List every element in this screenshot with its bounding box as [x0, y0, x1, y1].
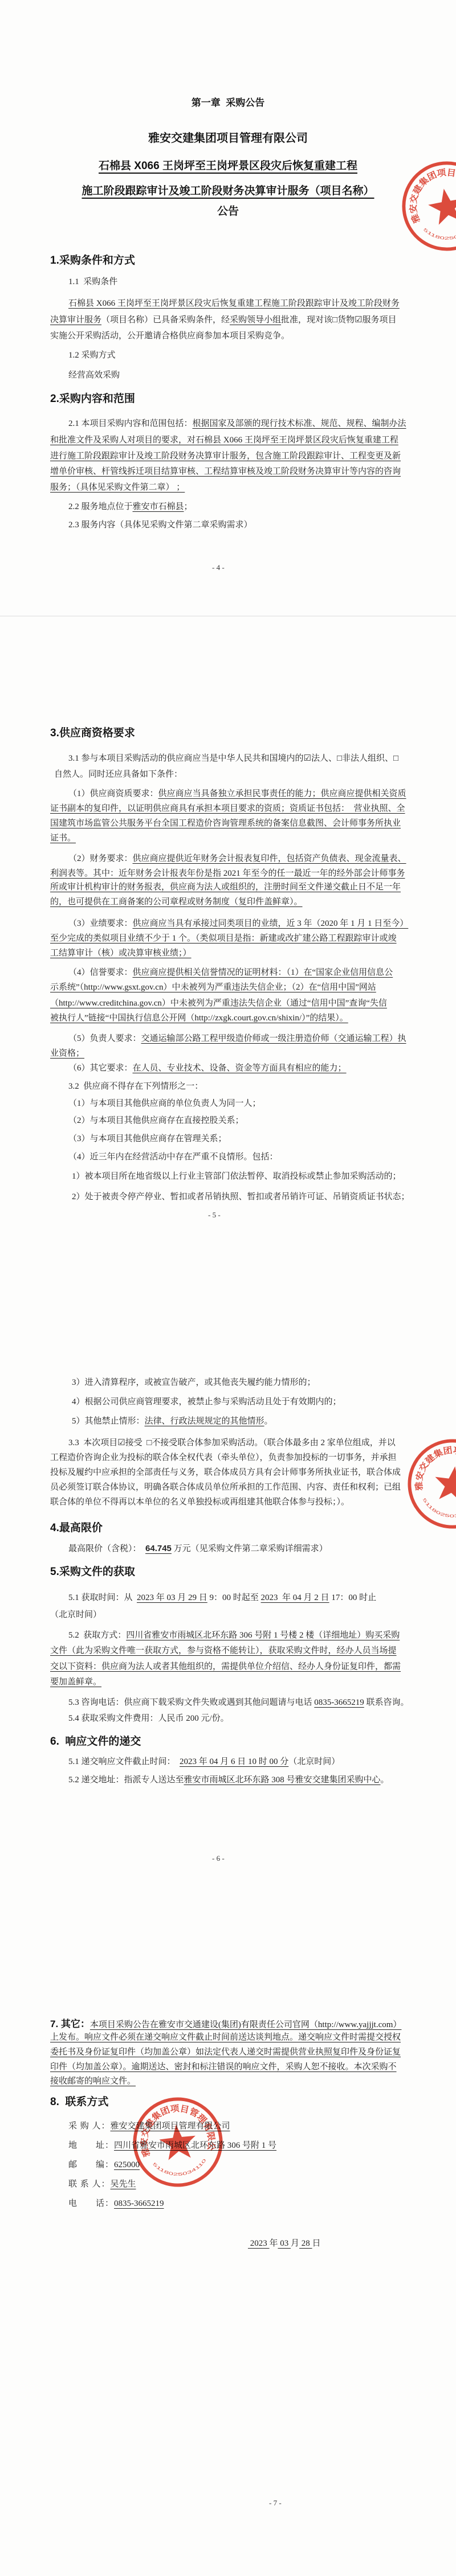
contact-value: 吴先生 [111, 2180, 136, 2189]
body-line: 5.2 获取方式：四川省雅安市雨城区北环东路 306 号附 1 号楼 2 楼（详… [68, 1629, 456, 1640]
body-line: 5.1 获取时间：从 2023 年 03 月 29 日 9：00 时起至 202… [68, 1591, 456, 1603]
body-line: 决算审计服务（项目名称）已具备采购条件，经采购领导小组批准，现对该□货物☑服务项… [50, 313, 438, 325]
underlined-text: 本项目采购公告在雅安市交通建设(集团)有限责任公司官网（http://www.y… [90, 2020, 402, 2029]
plain-text-with-checkboxes: 批准，现对该□货物☑服务项目 [281, 315, 397, 325]
contact-row: 联 系 人：吴先生 [68, 2177, 456, 2189]
body-line: 3.3 本次项目☑接受 □不接受联合体参加采购活动。（联合体最多由 2 家单位组… [68, 1436, 456, 1448]
body-line: 3.1 参与本项目采购活动的供应商应当是中华人民共和国境内的☑法人、□非法人组织… [68, 752, 456, 764]
contact-row: 电 话：0835-3665219 [68, 2197, 456, 2209]
date-day: 28 [299, 2239, 312, 2248]
contact-row: 邮 编：625000 [68, 2158, 456, 2170]
plain-text: 年 [270, 2239, 278, 2248]
body-line: （4）近三年内在经营活动中存在严重不良情形。包括： [68, 1150, 456, 1162]
body-line: 进行施工阶段跟踪审计及竣工阶段财务决算审计服务，包含施工阶段跟踪审计、工程变更及… [50, 449, 438, 461]
plain-text: （北京时间） [288, 1757, 340, 1766]
contact-label: 电 话： [68, 2199, 114, 2208]
contact-label: 邮 编： [68, 2160, 114, 2169]
company-seal-stamp: 雅安交建集团项目管理有限公司 5118025034110 [392, 151, 456, 262]
body-line: 被执行人”链接“中国执行信息公开网（http://zxgk.court.gov.… [50, 1011, 438, 1023]
underlined-text: 决算审计服务 [50, 315, 101, 325]
company-name: 雅安交建集团项目管理有限公司 [0, 129, 456, 145]
seal-serial-number: 5118025034110 [422, 218, 456, 245]
body-line: （4）信誉要求：供应商应提供相关信誉情况的证明材料：（1）在“国家企业信用信息公 [68, 966, 456, 978]
page-number: - 4 - [212, 563, 225, 572]
plain-text: 2.2 服务地点位于 [68, 502, 133, 511]
page-number: - 6 - [212, 1854, 225, 1863]
body-line: 5.2 递交地址：指派专人送达至雅安市雨城区北环东路 308 号雅安交建集团采购… [68, 1773, 456, 1785]
plain-text: 17：00 时止 [329, 1593, 377, 1602]
body-line: （5）负责人要求：交通运输部公路工程甲级造价师或一级注册造价师（交通运输工程）执 [68, 1032, 456, 1044]
underlined-text: 交通运输部公路工程甲级造价师或一级注册造价师（交通运输工程）执 [141, 1034, 406, 1043]
plain-text: 9：00 时起至 [207, 1593, 261, 1602]
seal-star-icon [426, 186, 456, 226]
plain-text: 。 [381, 1775, 389, 1785]
body-line: 业资格； [50, 1047, 438, 1059]
chapter-title: 第一章 采购公告 [0, 95, 456, 109]
plain-text: 5.3 咨询电话：供应商下载采购文件失败或遇到其他问题请与电话 [68, 1698, 314, 1707]
page-separator [0, 616, 456, 617]
underlined-text: 四川省雅安市雨城区北环东路 306 号附 1 号楼 2 楼（详细地址）购买采购 [126, 1631, 400, 1640]
body-line: 4）根据公司供应商管理要求，被禁止参与采购活动且处于有效期内的； [72, 1395, 456, 1407]
plain-text: （项目名称）已具备采购条件，经 [101, 315, 230, 325]
plain-text: 5.1 获取时间：从 [68, 1593, 137, 1602]
contact-label: 采 购 人： [68, 2122, 111, 2131]
body-line: 印件（均加盖公章）。逾期送达、密封和标注错误的响应文件，采购人恕不接收。本次采购… [50, 2060, 438, 2072]
body-line: 至少完成的类似项目业绩不少于 1 个。（类似项目是指：新建或改扩建公路工程跟踪审… [50, 932, 438, 944]
body-line: 文件（此为采购文件唯一获取方式，参与资格不能转让），获取采购文件时，经办人员当场… [50, 1644, 438, 1656]
contact-row: 地 址：四川省雅安市雨城区北环东路 306 号附 1 号 [68, 2139, 456, 2151]
seal-star-icon [158, 2123, 198, 2161]
underlined-date: 2023 年 04 月 6 日 10 时 00 分 [180, 1757, 288, 1766]
plain-text: 2.1 本项目采购内容和范围包括： [68, 419, 193, 428]
body-line: 联合体的单位不得再以本单位的名义单独投标或再组建其他联合体参与投标；）。 [50, 1495, 438, 1507]
plain-text: 最高限价（含税）： [68, 1544, 145, 1553]
body-line: 工程造价咨询企业为投标的联合体全权代表（牵头单位），负责参加投标的一切事务，并承… [50, 1451, 438, 1463]
underlined-text: 供应商应当具有承接过同类项目的业绩，近 3 年（2020 年 1 月 1 日至今… [133, 919, 409, 928]
contact-row: 采 购 人：雅安交建集团项目管理有限公司 [68, 2119, 456, 2131]
body-line: 利润表等。其中：近年财务会计报表年份是指 2021 年至今的任一最近一年的经外部… [50, 867, 438, 879]
body-line: 增单价审核、杆管线拆迁项目结算审核、工程结算审核及竣工阶段财务决算审计等内容的咨… [50, 465, 438, 477]
body-line: 所或审计机构审计的财务报表，供应商为法人或组织的，注册时间至文件递交截止日不足一… [50, 880, 438, 892]
underlined-date: 2023 年 04 月 2 日 [261, 1593, 329, 1602]
body-line: 实施公开采购活动，公开邀请合格供应商参加本项目采购竞争。 [50, 329, 438, 341]
body-line: 的，也可提供在工商备案的公司章程或财务制度（复印件盖鲜章）。 [50, 895, 438, 907]
page-number: - 5 - [208, 1211, 221, 1220]
body-line: 自然人。同时还应具备如下条件： [54, 768, 442, 780]
body-line: 7. 其它：本项目采购公告在雅安市交通建设(集团)有限责任公司官网（http:/… [50, 2016, 438, 2030]
section7-heading: 7. 其它： [50, 2019, 90, 2029]
svg-text:5118025034110: 5118025034110 [152, 2156, 209, 2180]
section8-heading: 8. 联系方式 [50, 2093, 438, 2109]
underlined-address: 雅安市雨城区北环东路 308 号雅安交建集团采购中心 [184, 1775, 381, 1785]
plain-text: （2）财务要求： [68, 854, 133, 863]
plain-text: 5.2 递交地址：指派专人送达至 [68, 1775, 184, 1785]
body-line: （2）财务要求：供应商应提供近年财务会计报表复印件，包括资产负债表、现金流量表、 [68, 852, 456, 864]
contact-label: 联 系 人： [68, 2180, 111, 2189]
phone-number: 0835-3665219 [314, 1698, 364, 1707]
announcement-label: 公告 [0, 203, 456, 218]
date-year: 2023 [248, 2239, 270, 2248]
body-line: 最高限价（含税）： 64.745 万元（见采购文件第二章采购详细需求） [68, 1542, 456, 1554]
contact-value: 0835-3665219 [114, 2199, 164, 2208]
body-line: 2）处于被责令停产停业、暂扣或者吊销执照、暂扣或者吊销许可证、吊销资质证书状态； [72, 1190, 456, 1202]
contact-label: 地 址： [68, 2141, 114, 2150]
page-number: - 7 - [269, 2499, 282, 2508]
plain-text: ； [184, 502, 193, 511]
section3-heading: 3.供应商资格要求 [50, 724, 438, 740]
body-line: 接收邮寄的响应文件。 [50, 2074, 438, 2086]
body-line: 国建筑市场监管公共服务平台全国工程造价咨询管理系统的备案信息截图、会计师事务所执… [50, 817, 438, 828]
body-line: （1）与本项目其他供应商的单位负责人为同一人； [68, 1097, 456, 1109]
body-line: 服务；（具体见采购文件第二章） ； [50, 481, 438, 493]
plain-text: 5.2 获取方式： [68, 1631, 126, 1640]
body-line: 5）其他禁止情形：法律、行政法规规定的其他情形。 [72, 1414, 456, 1426]
plain-text: 联系咨询。 [364, 1698, 409, 1707]
body-line: 示系统”（http://www.gsxt.gov.cn）中未被列为严重违法失信企… [50, 981, 438, 992]
price-value: 64.745 [145, 1544, 172, 1553]
plain-text: （3）业绩要求： [68, 919, 133, 928]
date-month: 03 [278, 2239, 291, 2248]
body-line: 经营高效采购 [68, 368, 456, 380]
body-line: 投标及履约中应承担的全部责任与义务，联合体成员方具有会计师事务所执业证书，联合体… [50, 1466, 438, 1478]
underlined-text: 法律、行政法规规定的其他情形 [145, 1417, 264, 1426]
body-line: （1）供应商资质要求：供应商应当具备独立承担民事责任的能力；供应商应提供相关资质 [68, 787, 456, 799]
body-line: 要加盖鲜章。 [50, 1675, 438, 1687]
project-title-line2: 施工阶段跟踪审计及竣工阶段财务决算审计服务（项目名称） [0, 182, 456, 198]
body-line: （2）与本项目其他供应商存在直接控股关系； [68, 1114, 456, 1126]
body-line: 1.2 采购方式 [68, 348, 456, 360]
body-line: 上发布。响应文件必须在递交响应文件截止时间前送达谈判地点。递交响应文件时需提交授… [50, 2031, 438, 2042]
body-line: 证书。 [50, 831, 438, 843]
underlined-date: 2023 年 03 月 29 日 [137, 1593, 207, 1602]
underlined-text: 在人员、专业技术、设备、资金等方面具有相应的能力； [133, 1064, 347, 1073]
underlined-text: 供应商应提供近年财务会计报表复印件，包括资产负债表、现金流量表、 [133, 854, 406, 863]
seal-star-icon [432, 1464, 456, 1503]
body-line: 5.4 获取采购文件费用：人民币 200 元/份。 [68, 1712, 456, 1724]
underlined-text: 根据国家及部颁的现行技术标准、规范、规程、编制办法 [193, 419, 406, 428]
plain-text: 。 [264, 1417, 273, 1426]
plain-text: 万元（见采购文件第二章采购详细需求） [172, 1544, 328, 1553]
svg-text:5118025034110: 5118025034110 [422, 218, 456, 245]
body-line: （6）其它要求：在人员、专业技术、设备、资金等方面具有相应的能力； [68, 1061, 456, 1073]
procurement-announcement-document: 第一章 采购公告 雅安交建集团项目管理有限公司 石棉县 X066 王岗坪至王岗坪… [0, 0, 456, 2576]
plain-text: （5）负责人要求： [68, 1034, 141, 1043]
project-title-line1: 石棉县 X066 王岗坪至王岗坪景区段灾后恢复重建工程 [0, 157, 456, 173]
plain-text: 5）其他禁止情形： [72, 1417, 145, 1426]
body-line: 5.1 递交响应文件截止时间： 2023 年 04 月 6 日 10 时 00 … [68, 1755, 456, 1767]
body-line: 2.3 服务内容（具体见采购文件第二章采购需求） [68, 518, 456, 530]
plain-text: （1）供应商资质要求： [68, 789, 158, 798]
body-line: （3）业绩要求：供应商应当具有承接过同类项目的业绩，近 3 年（2020 年 1… [68, 917, 456, 929]
section5-heading: 5.采购文件的获取 [50, 1563, 438, 1578]
plain-text: （4）信誉要求： [68, 968, 133, 977]
section6-heading: 6. 响应文件的递交 [50, 1733, 438, 1748]
body-line: 石棉县 X066 王岗坪至王岗坪景区段灾后恢复重建工程施工阶段跟踪审计及竣工阶段… [68, 297, 456, 309]
body-line: 和批准文件及采购人对项目的要求，对石棉县 X066 王岗坪至王岗坪景区段灾后恢复… [50, 433, 438, 445]
body-line: （北京时间） [50, 1608, 438, 1620]
body-line: 2.1 本项目采购内容和范围包括：根据国家及部颁的现行技术标准、规范、规程、编制… [68, 417, 456, 429]
plain-text: （6）其它要求： [68, 1064, 133, 1073]
section4-heading: 4.最高限价 [50, 1519, 438, 1535]
underlined-text: 雅安市石棉县 [133, 502, 184, 511]
company-seal-stamp: 雅安交建集团项目管理有限公司 5118025034110 [125, 2090, 231, 2195]
section1-heading: 1.采购条件和方式 [50, 252, 438, 267]
body-line: 1.1 采购条件 [68, 275, 456, 287]
body-line: 5.3 咨询电话：供应商下载采购文件失败或遇到其他问题请与电话 0835-366… [68, 1696, 456, 1708]
body-line: （3）与本项目其他供应商存在管理关系； [68, 1132, 456, 1144]
section2-heading: 2.采购内容和范围 [50, 390, 438, 405]
body-line: 工结算审计（核）或决算审核业绩；） [50, 946, 438, 958]
plain-text: 5.1 递交响应文件截止时间： [68, 1757, 180, 1766]
body-line: 交以下资料：供应商为法人或者其他组织的，需提供单位介绍信、经办人身份证复印件，都… [50, 1660, 438, 1672]
body-line: 证书副本的复印件，以证明供应商具有承担本项目要求的资质；资质证书包括： 营业执照… [50, 802, 438, 814]
plain-text: 月 [291, 2239, 299, 2248]
underlined-text: 采购领导小组 [230, 315, 281, 325]
plain-text: 日 [312, 2239, 321, 2248]
body-line: （http://www.creditchina.gov.cn）中未被列为严重违法… [50, 996, 438, 1008]
body-line: 3）进入清算程序，或被宣告破产，或其他丧失履约能力情形的； [72, 1376, 456, 1388]
body-line: 委托书及身份证复印件（均加盖公章）如法定代表人递交时需提供营业执照复印件及身份证… [50, 2045, 438, 2057]
body-line: 员必须签订联合体协议，明确各联合体成员单位所承担的工作范围、内容、责任和权利；已… [50, 1480, 438, 1492]
body-line: 2.2 服务地点位于雅安市石棉县； [68, 500, 456, 512]
underlined-text: 供应商应提供相关信誉情况的证明材料：（1）在“国家企业信用信息公 [133, 968, 393, 977]
underlined-text: 供应商应当具备独立承担民事责任的能力；供应商应提供相关资质 [158, 789, 406, 798]
body-line: 3.2 供应商不得存在下列情形之一： [68, 1080, 456, 1092]
seal-serial-number: 5118025034110 [152, 2156, 209, 2180]
body-line: 1）被本项目所在地省级以上行业主管部门依法暂停、取消投标或禁止参加采购活动的； [72, 1170, 456, 1182]
date-line: 2023 年 03 月 28 日 [248, 2237, 430, 2249]
